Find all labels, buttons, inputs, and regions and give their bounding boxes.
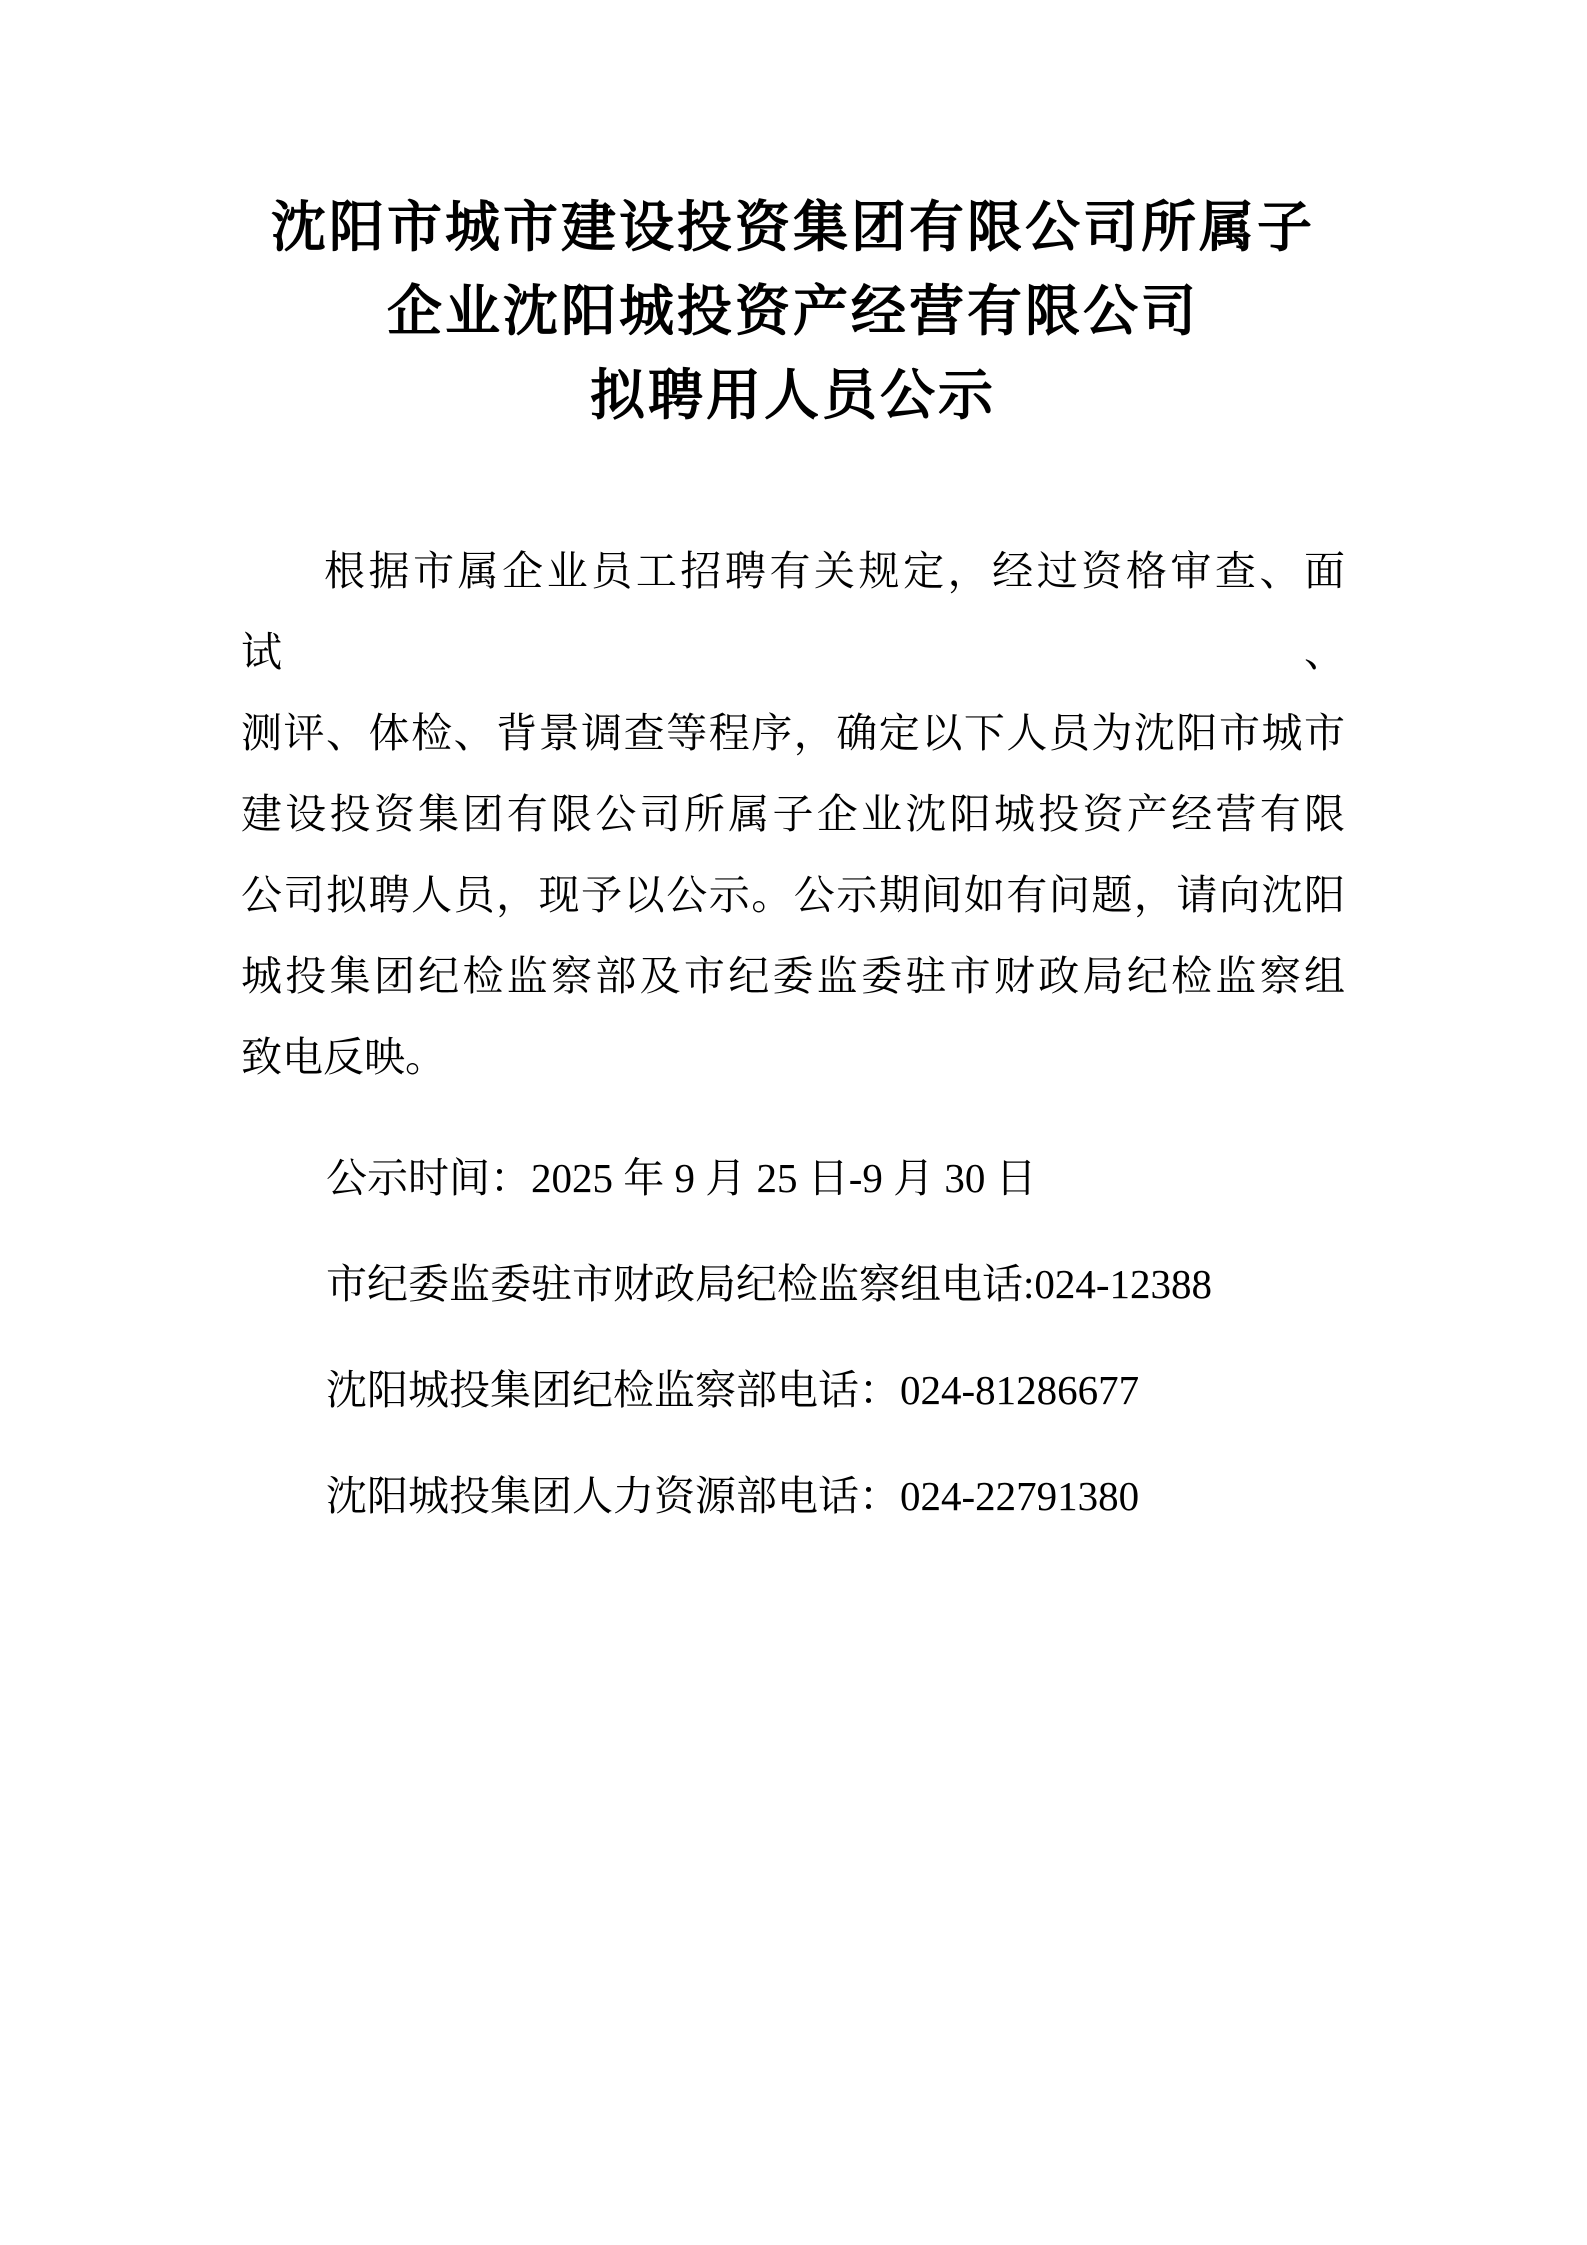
title-line-2: 企业沈阳城投资产经营有限公司: [241, 270, 1345, 354]
document-page: 沈阳市城市建设投资集团有限公司所属子 企业沈阳城投资产经营有限公司 拟聘用人员公…: [0, 0, 1587, 2245]
title-line-3: 拟聘用人员公示: [241, 354, 1345, 438]
body-paragraph: 根据市属企业员工招聘有关规定，经过资格审查、面试、 测评、体检、背景调查等程序，…: [241, 531, 1345, 1098]
body-line: 致电反映。: [241, 1017, 1345, 1098]
document-content: 沈阳市城市建设投资集团有限公司所属子 企业沈阳城投资产经营有限公司 拟聘用人员公…: [241, 186, 1345, 1537]
discipline-dept-phone-line: 沈阳城投集团纪检监察部电话：024-81286677: [241, 1350, 1345, 1431]
body-line: 根据市属企业员工招聘有关规定，经过资格审查、面试、: [241, 531, 1345, 693]
body-line: 公司拟聘人员，现予以公示。公示期间如有问题，请向沈阳: [241, 855, 1345, 936]
title-line-1: 沈阳市城市建设投资集团有限公司所属子: [241, 186, 1345, 270]
body-line: 建设投资集团有限公司所属子企业沈阳城投资产经营有限: [241, 774, 1345, 855]
hr-dept-phone-line: 沈阳城投集团人力资源部电话：024-22791380: [241, 1456, 1345, 1537]
finance-bureau-phone-line: 市纪委监委驻市财政局纪检监察组电话:024-12388: [241, 1244, 1345, 1325]
body-line: 城投集团纪检监察部及市纪委监委驻市财政局纪检监察组: [241, 936, 1345, 1017]
document-title: 沈阳市城市建设投资集团有限公司所属子 企业沈阳城投资产经营有限公司 拟聘用人员公…: [241, 186, 1345, 438]
body-line: 测评、体检、背景调查等程序，确定以下人员为沈阳市城市: [241, 693, 1345, 774]
public-period-line: 公示时间：2025 年 9 月 25 日-9 月 30 日: [241, 1138, 1345, 1219]
